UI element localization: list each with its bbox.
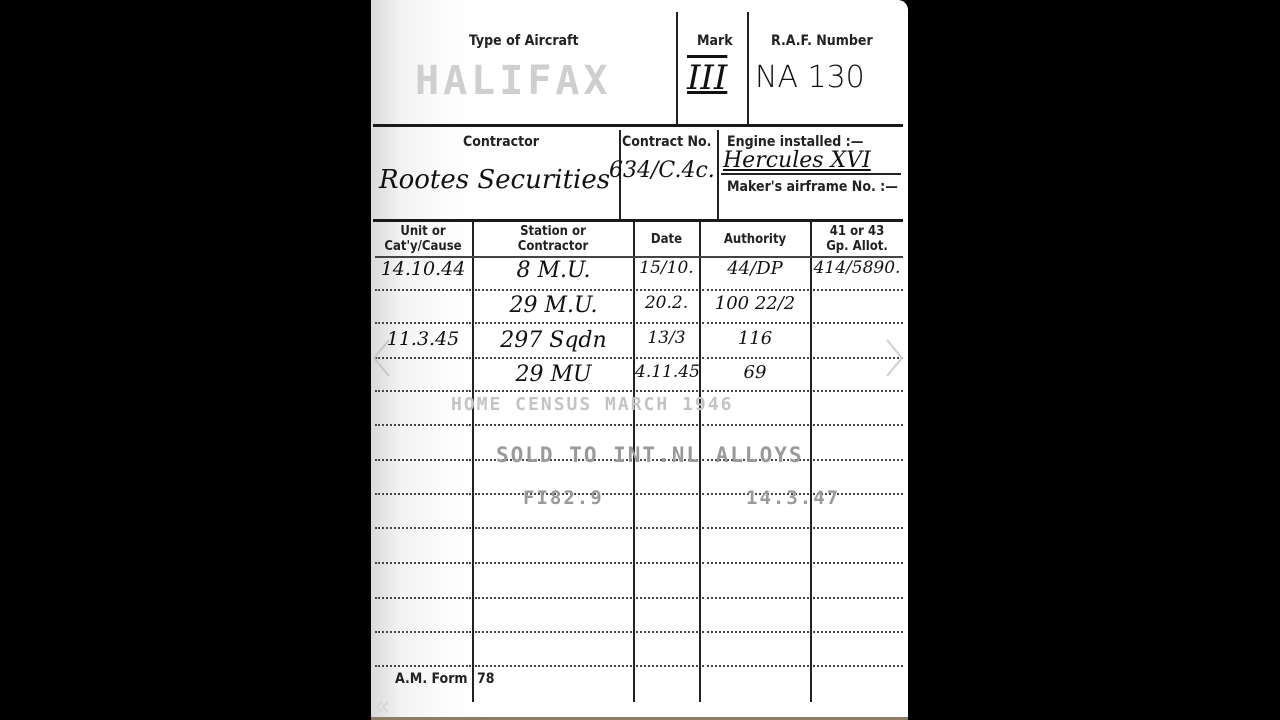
row-rule [475, 562, 632, 564]
column-header-line1: 41 or 43 [812, 224, 902, 239]
row-rule [636, 493, 698, 495]
cell-allot: 414/5890. [812, 258, 902, 278]
column-header-authority: Authority [701, 232, 809, 247]
engine-rule [721, 173, 901, 175]
row-rule [702, 562, 809, 564]
cell-date: 15/10. [635, 258, 698, 278]
column-header-station: Station or Contractor [474, 224, 632, 254]
row-rule [375, 289, 471, 291]
row-rule [475, 289, 632, 291]
row-rule [636, 562, 698, 564]
census-stamp: HOME CENSUS MARCH 1946 [451, 394, 733, 415]
contractor-value: Rootes Securities [379, 165, 610, 195]
divider [747, 12, 749, 124]
form-label: A.M. Form [395, 671, 468, 687]
row-rule [813, 390, 903, 392]
row-rule [375, 631, 471, 633]
cell-station: 29 M.U. [475, 293, 632, 318]
cell-station: 8 M.U. [475, 258, 632, 283]
row-rule [636, 424, 698, 426]
row-rule [475, 665, 632, 667]
contract-no-value: 634/C.4c. [609, 158, 715, 183]
airframe-label: Maker's airframe No. :— [727, 179, 898, 195]
aircraft-movement-card: Type of Aircraft HALIFAX Mark III R.A.F.… [371, 0, 908, 720]
reference-stamp: FI82.9 [523, 487, 604, 509]
row-rule [636, 322, 698, 324]
raf-number-label: R.A.F. Number [771, 33, 873, 49]
row-rule [375, 390, 471, 392]
row-rule [636, 665, 698, 667]
row-rule [375, 459, 471, 461]
contractor-label: Contractor [463, 134, 539, 150]
row-rule [813, 597, 903, 599]
divider [676, 12, 678, 124]
cell-unit: 14.10.44 [375, 258, 471, 280]
row-rule [813, 527, 903, 529]
row-rule [813, 631, 903, 633]
row-rule [702, 597, 809, 599]
type-of-aircraft-label: Type of Aircraft [469, 33, 579, 49]
chevron-right-icon[interactable] [883, 338, 905, 378]
row-rule [702, 631, 809, 633]
row-rule [375, 665, 471, 667]
sold-stamp: SOLD TO INT.NL ALLOYS [496, 443, 804, 467]
cell-station: 29 MU [475, 362, 632, 387]
row-rule [813, 562, 903, 564]
type-of-aircraft-value: HALIFAX [415, 58, 612, 104]
row-rule [375, 527, 471, 529]
cell-date: 4.11.45 [635, 362, 698, 382]
row-rule [475, 527, 632, 529]
cell-authority: 116 [701, 328, 809, 349]
row-rule [375, 424, 471, 426]
row-rule [375, 597, 471, 599]
row-rule [475, 390, 632, 392]
cell-authority: 69 [701, 362, 809, 383]
sold-date-stamp: 14.3.47 [746, 487, 840, 509]
row-rule [636, 289, 698, 291]
divider [717, 130, 719, 220]
row-rule [475, 597, 632, 599]
column-header-unit: Unit or Cat'y/Cause [375, 224, 471, 254]
engine-value: Hercules XVI [723, 148, 871, 173]
row-rule [702, 424, 809, 426]
row-rule [702, 289, 809, 291]
cell-authority: 44/DP [701, 258, 809, 279]
row-rule [375, 493, 471, 495]
row-rule [475, 322, 632, 324]
column-divider [810, 222, 812, 702]
row-rule [702, 390, 809, 392]
row-rule [702, 665, 809, 667]
cell-date: 13/3 [635, 328, 698, 348]
column-header-date: Date [635, 232, 698, 247]
mark-label: Mark [697, 33, 733, 49]
cell-date: 20.2. [635, 293, 698, 313]
row-rule [702, 322, 809, 324]
row-rule [636, 527, 698, 529]
column-header-allot: 41 or 43 Gp. Allot. [812, 224, 902, 254]
row-rule [813, 459, 903, 461]
row-rule [702, 357, 809, 359]
row-rule [636, 631, 698, 633]
chevron-left-icon[interactable] [371, 338, 393, 378]
row-rule [475, 357, 632, 359]
column-header-line1: Unit or [375, 224, 471, 239]
cell-authority: 100 22/2 [701, 293, 809, 314]
column-divider [472, 222, 474, 702]
form-number: 78 [477, 671, 495, 687]
mark-value: III [687, 58, 727, 98]
section-rule [373, 124, 903, 127]
contract-no-label: Contract No. [622, 134, 711, 150]
row-rule [375, 322, 471, 324]
section-rule [373, 219, 903, 222]
row-rule [702, 527, 809, 529]
row-rule [636, 390, 698, 392]
row-rule [475, 631, 632, 633]
row-rule [813, 665, 903, 667]
row-rule [813, 322, 903, 324]
cell-station: 297 Sqdn [475, 328, 632, 353]
raf-number-value: NA 130 [755, 60, 865, 95]
row-rule [813, 424, 903, 426]
row-rule [813, 289, 903, 291]
column-header-line2: Gp. Allot. [812, 239, 902, 254]
row-rule [636, 597, 698, 599]
double-chevron-left-icon[interactable] [375, 700, 389, 714]
row-rule [636, 357, 698, 359]
row-rule [475, 424, 632, 426]
column-header-line1: Station or [474, 224, 632, 239]
column-header-line2: Cat'y/Cause [375, 239, 471, 254]
row-rule [375, 562, 471, 564]
column-header-line2: Contractor [474, 239, 632, 254]
